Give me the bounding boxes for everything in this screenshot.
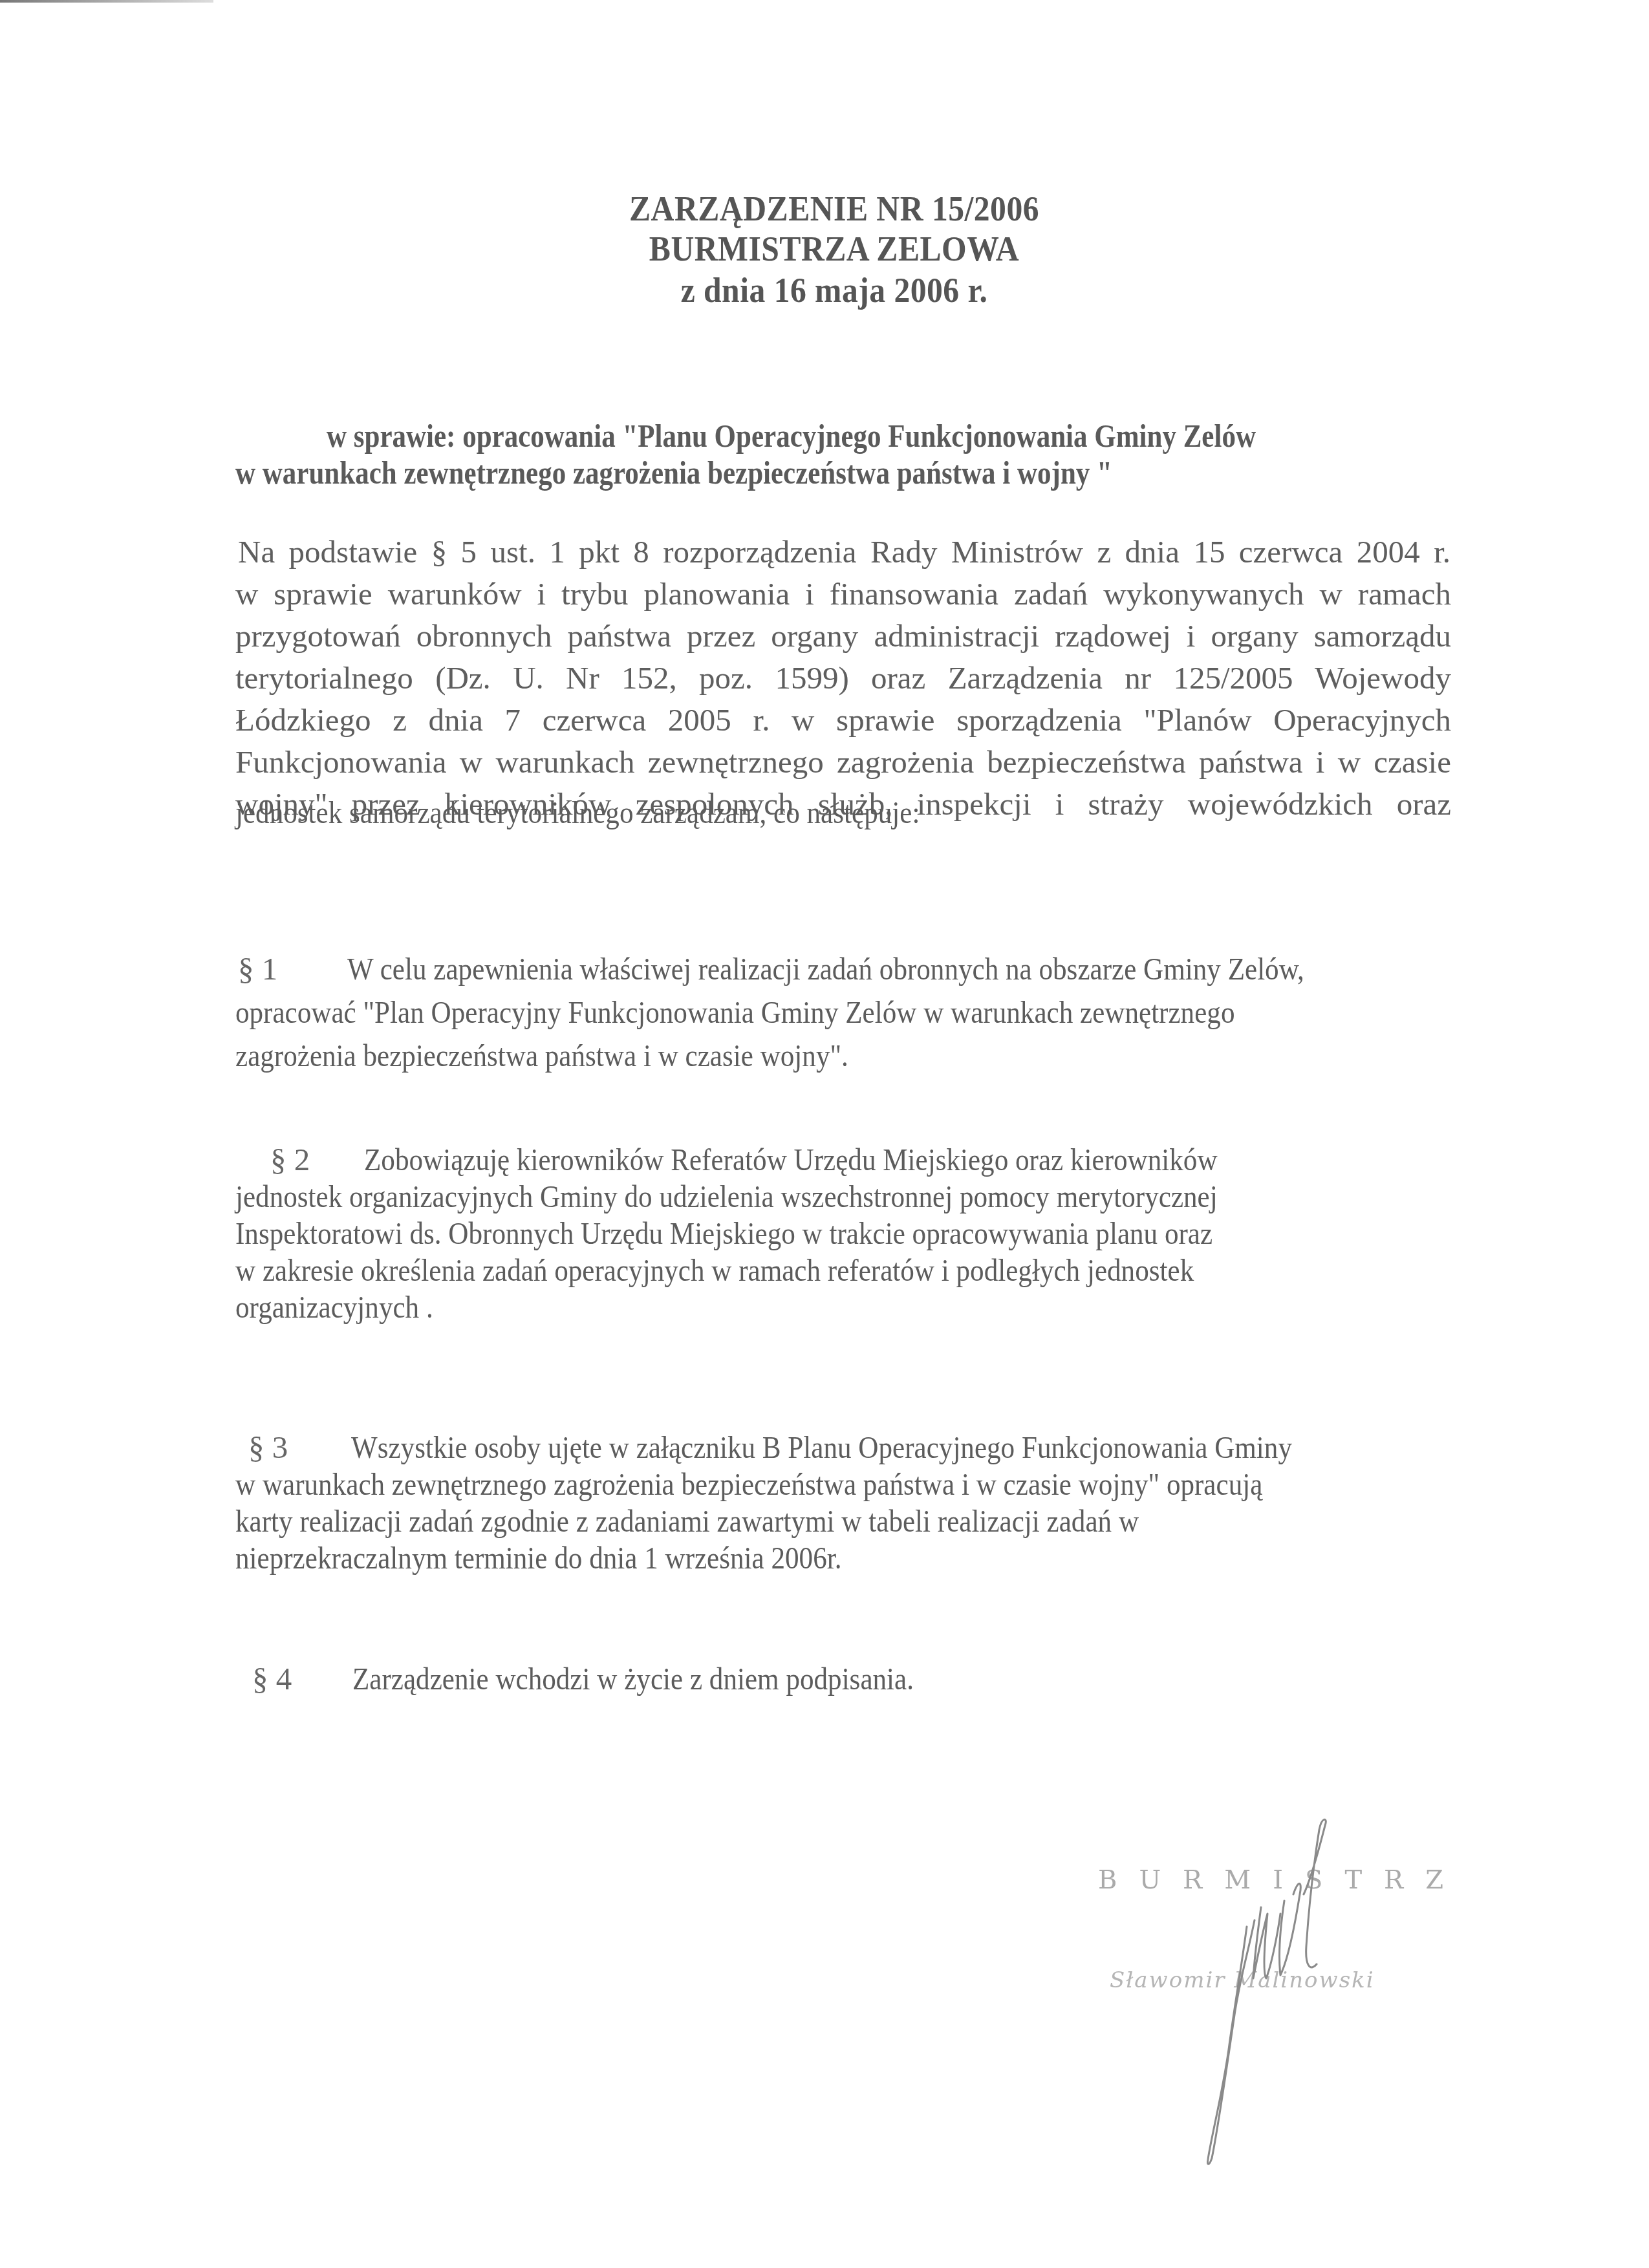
section-line: Zobowiązuję kierowników Referatów Urzędu… xyxy=(364,1141,1218,1178)
section-line: Wszystkie osoby ujęte w załączniku B Pla… xyxy=(351,1429,1292,1466)
document-title: ZARZĄDZENIE NR 15/2006 xyxy=(67,189,1602,229)
subject-line-2: w warunkach zewnętrznego zagrożenia bezp… xyxy=(235,454,1112,491)
section-line: jednostek organizacyjnych Gminy do udzie… xyxy=(235,1178,1218,1215)
section-line: organizacyjnych . xyxy=(235,1289,433,1325)
subject-line-1: w sprawie: opracowania "Planu Operacyjne… xyxy=(327,417,1256,455)
section-line: nieprzekraczalnym terminie do dnia 1 wrz… xyxy=(235,1539,842,1576)
section-line: w zakresie określenia zadań operacyjnych… xyxy=(235,1252,1194,1289)
section-line: W celu zapewnienia właściwej realizacji … xyxy=(347,950,1304,987)
section-marker: § 1 xyxy=(238,950,277,987)
section-marker: § 4 xyxy=(252,1660,292,1697)
scan-edge xyxy=(0,0,213,3)
preamble-line: terytorialnego (Dz. U. Nr 152, poz. 1599… xyxy=(235,659,1451,696)
section-line: w warunkach zewnętrznego zagrożenia bezp… xyxy=(235,1466,1262,1503)
section-line: zagrożenia bezpieczeństwa państwa i w cz… xyxy=(235,1037,848,1074)
section-marker: § 2 xyxy=(270,1141,310,1178)
preamble-line: Łódzkiego z dnia 7 czerwca 2005 r. w spr… xyxy=(235,701,1451,738)
section-line: Inspektoratowi ds. Obronnych Urzędu Miej… xyxy=(235,1215,1212,1252)
preamble-line-last: jednostek samorządu terytorialnego zarzą… xyxy=(235,794,920,831)
preamble-line: Na podstawie § 5 ust. 1 pkt 8 rozporządz… xyxy=(238,533,1450,570)
section-marker: § 3 xyxy=(248,1429,288,1466)
section-line: Zarządzenie wchodzi w życie z dniem podp… xyxy=(352,1660,914,1697)
preamble-line: przygotowań obronnych państwa przez orga… xyxy=(235,617,1451,654)
handwritten-signature xyxy=(1151,1817,1423,2172)
preamble-line: w sprawie warunków i trybu planowania i … xyxy=(235,575,1451,612)
preamble-line: Funkcjonowania w warunkach zewnętrznego … xyxy=(235,744,1451,780)
section-line: karty realizacji zadań zgodnie z zadania… xyxy=(235,1503,1139,1539)
document-issuer: BURMISTRZA ZELOWA xyxy=(67,229,1602,269)
section-line: opracować "Plan Operacyjny Funkcjonowani… xyxy=(235,994,1234,1031)
document-date: z dnia 16 maja 2006 r. xyxy=(67,270,1602,310)
